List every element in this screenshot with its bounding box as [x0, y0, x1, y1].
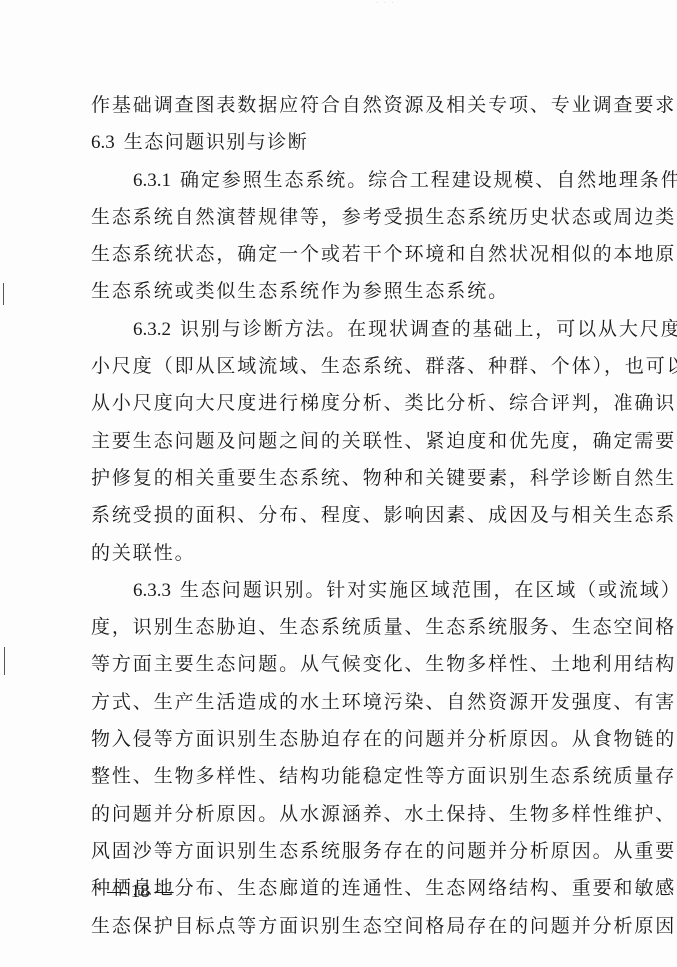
- paragraph-line: 6.3.2识别与诊断方法。在现状调查的基础上，可以从大尺度向: [91, 314, 595, 351]
- section-number: 6.3: [91, 132, 115, 153]
- paragraph-line: 6.3.3生态问题识别。针对实施区域范围，在区域（或流域）尺: [91, 575, 595, 612]
- document-body: 作基础调查图表数据应符合自然资源及相关专项、专业调查要求。 6.3生态问题识别与…: [91, 90, 595, 948]
- paragraph-line: 从小尺度向大尺度进行梯度分析、类比分析、综合评判，准确识别: [91, 388, 595, 425]
- paragraph-line: 6.3.1确定参照生态系统。综合工程建设规模、自然地理条件、: [91, 165, 595, 202]
- paragraph-line: 小尺度（即从区域流域、生态系统、群落、种群、个体），也可以: [91, 351, 595, 388]
- paragraph-line: 的关联性。: [91, 538, 595, 575]
- header-scan-artifact: · · ·: [376, 0, 416, 4]
- paragraph-6-3-2: 6.3.2识别与诊断方法。在现状调查的基础上，可以从大尺度向 小尺度（即从区域流…: [91, 314, 595, 575]
- binding-mark: [3, 283, 4, 305]
- paragraph-line: 等方面主要生态问题。从气候变化、生物多样性、土地利用结构和: [91, 649, 595, 686]
- paragraph-line: 系统受损的面积、分布、程度、影响因素、成因及与相关生态系统: [91, 500, 595, 537]
- document-page: · · · 作基础调查图表数据应符合自然资源及相关专项、专业调查要求。 6.3生…: [0, 0, 677, 967]
- paragraph-line: 护修复的相关重要生态系统、物种和关键要素，科学诊断自然生态: [91, 463, 595, 500]
- clause-number: 6.3.1: [133, 170, 171, 191]
- paragraph-line: 主要生态问题及问题之间的关联性、紧迫度和优先度，确定需要保: [91, 426, 595, 463]
- paragraph-line: 方式、生产生活造成的水土环境污染、自然资源开发强度、有害生: [91, 687, 595, 724]
- paragraph-6-3-1: 6.3.1确定参照生态系统。综合工程建设规模、自然地理条件、 生态系统自然演替规…: [91, 165, 595, 314]
- clause-number: 6.3.2: [133, 319, 171, 340]
- paragraph-line: 生态系统或类似生态系统作为参照生态系统。: [91, 276, 595, 313]
- paragraph-line: 的问题并分析原因。从水源涵养、水土保持、生物多样性维护、防: [91, 799, 595, 836]
- paragraph-line: 物入侵等方面识别生态胁迫存在的问题并分析原因。从食物链的完: [91, 724, 595, 761]
- paragraph-line: 度，识别生态胁迫、生态系统质量、生态系统服务、生态空间格局: [91, 612, 595, 649]
- paragraph-line: 生态系统自然演替规律等，参考受损生态系统历史状态或周边类似: [91, 202, 595, 239]
- paragraph-line: 整性、生物多样性、结构功能稳定性等方面识别生态系统质量存在: [91, 761, 595, 798]
- binding-mark: [4, 647, 5, 675]
- paragraph-line: 生态保护目标点等方面识别生态空间格局存在的问题并分析原因。: [91, 911, 595, 948]
- clause-number: 6.3.3: [133, 580, 171, 601]
- paragraph-line: 生态系统状态，确定一个或若干个环境和自然状况相似的本地原生: [91, 239, 595, 276]
- section-heading: 6.3生态问题识别与诊断: [91, 127, 595, 164]
- carry-over-line: 作基础调查图表数据应符合自然资源及相关专项、专业调查要求。: [91, 90, 595, 127]
- paragraph-line: 风固沙等方面识别生态系统服务存在的问题并分析原因。从重要物: [91, 836, 595, 873]
- page-number: — 18 —: [107, 881, 174, 903]
- section-title: 生态问题识别与诊断: [124, 131, 309, 153]
